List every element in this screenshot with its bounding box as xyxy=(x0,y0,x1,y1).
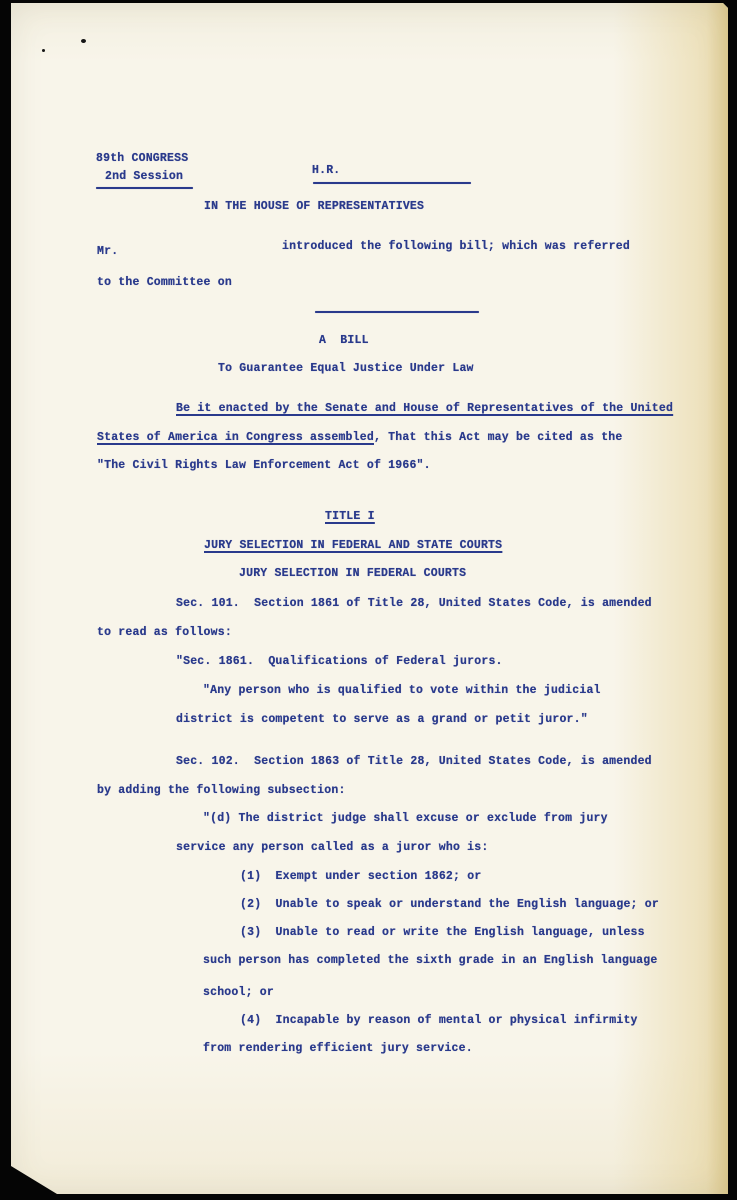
bill-text-line: "Sec. 1861. Qualifications of Federal ju… xyxy=(176,654,503,670)
bill-text-line: "Any person who is qualified to vote wit… xyxy=(203,683,601,699)
bill-number-prefix: H.R. xyxy=(312,163,340,179)
title1-subheading: JURY SELECTION IN FEDERAL AND STATE COUR… xyxy=(204,538,502,554)
bill-text-line: "(d) The district judge shall excuse or … xyxy=(203,811,608,827)
bill-text-line: (3) Unable to read or write the English … xyxy=(240,925,645,941)
bill-text-line: Sec. 101. Section 1861 of Title 28, Unit… xyxy=(176,596,652,612)
enacting-clause-line1: Be it enacted by the Senate and House of… xyxy=(176,401,673,417)
session-underline xyxy=(96,187,193,189)
bill-heading: A BILL xyxy=(319,333,369,349)
bill-text-line: Sec. 102. Section 1863 of Title 28, Unit… xyxy=(176,754,652,770)
introduced-text: introduced the following bill; which was… xyxy=(282,239,630,255)
session-label: 2nd Session xyxy=(105,169,183,185)
committee-text: to the Committee on xyxy=(97,275,232,291)
bill-text-line: by adding the following subsection: xyxy=(97,783,346,799)
bill-text-line: such person has completed the sixth grad… xyxy=(203,953,657,969)
separator-rule xyxy=(315,311,479,313)
scanned-bill-page: 89th CONGRESS 2nd Session H.R. IN THE HO… xyxy=(0,0,737,1200)
bill-text-line: to read as follows: xyxy=(97,625,232,641)
typewritten-text: 89th CONGRESS 2nd Session H.R. IN THE HO… xyxy=(0,0,737,1200)
bill-text-line: from rendering efficient jury service. xyxy=(203,1041,473,1057)
title1-heading: TITLE I xyxy=(325,509,375,525)
citation-line: "The Civil Rights Law Enforcement Act of… xyxy=(97,458,431,474)
congress-label: 89th CONGRESS xyxy=(96,151,188,167)
bill-text-line: (4) Incapable by reason of mental or phy… xyxy=(240,1013,638,1029)
enacting-clause-line2: States of America in Congress assembled,… xyxy=(97,430,623,446)
chamber-heading: IN THE HOUSE OF REPRESENTATIVES xyxy=(204,199,424,215)
bill-text-line: (2) Unable to speak or understand the En… xyxy=(240,897,659,913)
bill-text-line: service any person called as a juror who… xyxy=(176,840,488,856)
enacting-clause-rest: , That this Act may be cited as the xyxy=(374,431,623,444)
bill-text-line: district is competent to serve as a gran… xyxy=(176,712,588,728)
bill-subtitle: To Guarantee Equal Justice Under Law xyxy=(218,361,474,377)
title1-part-heading: JURY SELECTION IN FEDERAL COURTS xyxy=(239,566,466,582)
bill-text-line: school; or xyxy=(203,985,274,1001)
sponsor-prefix: Mr. xyxy=(97,244,118,260)
bill-number-blank xyxy=(313,182,471,184)
enacting-clause-underlined: States of America in Congress assembled xyxy=(97,431,374,444)
bill-text-line: (1) Exempt under section 1862; or xyxy=(240,869,481,885)
